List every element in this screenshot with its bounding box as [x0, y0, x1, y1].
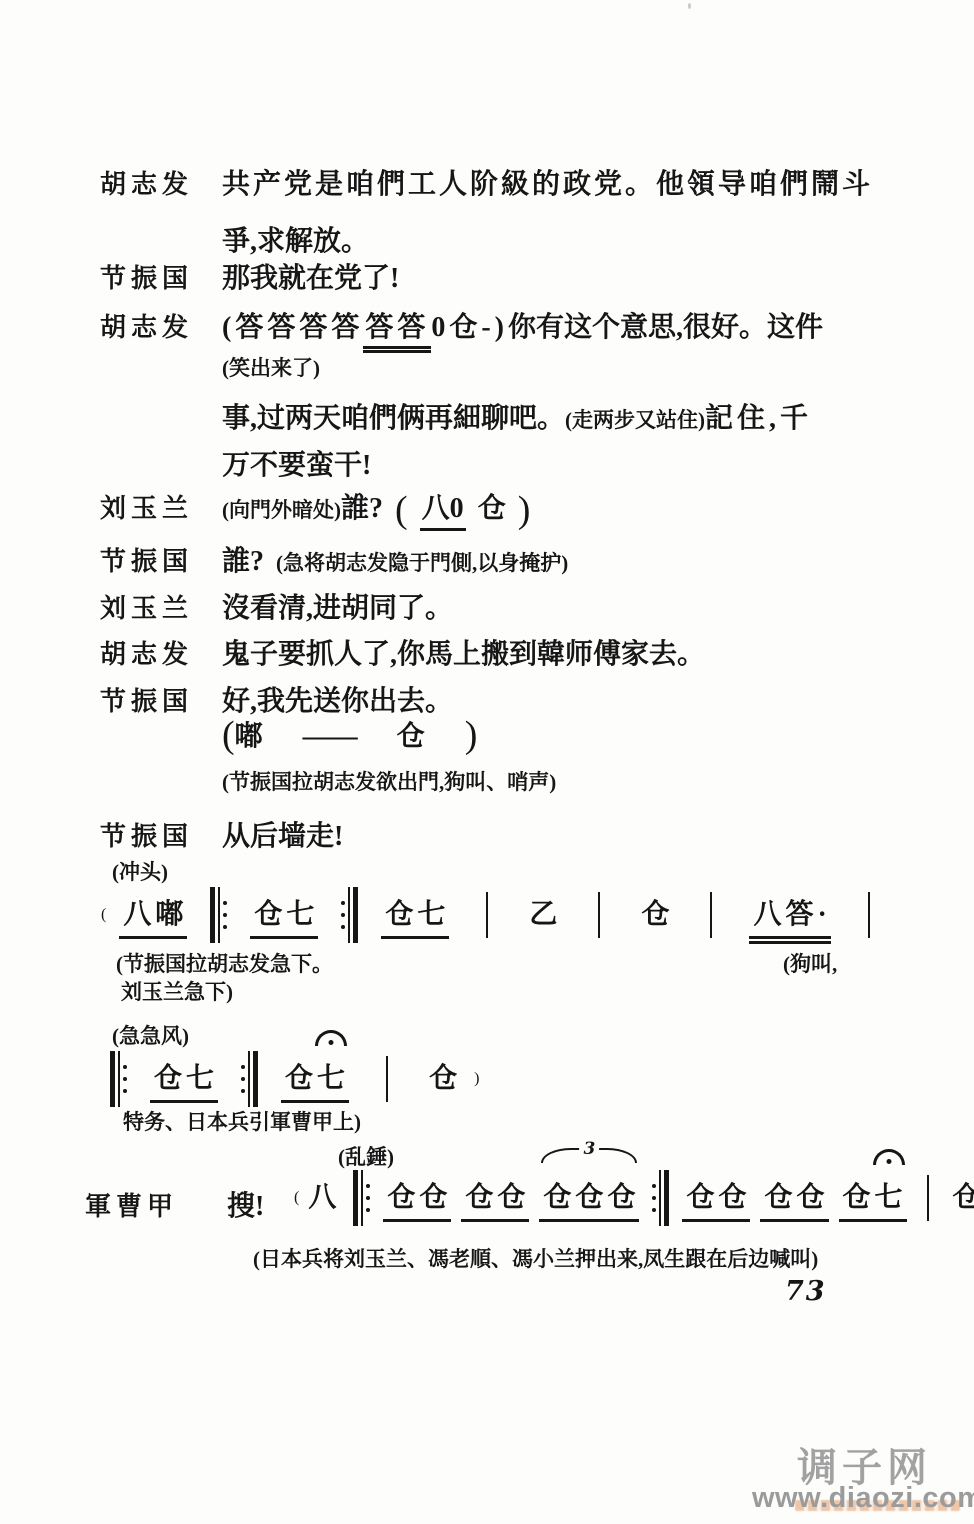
notation-note: 仓	[425, 1056, 461, 1103]
notation-char: 七	[873, 1175, 905, 1215]
open-paren: (	[101, 906, 106, 924]
page-number: 73	[785, 1276, 827, 1307]
stage-direction: (向門外暗处)	[222, 494, 341, 524]
dialogue-row: 鬼子要抓人了,你馬上搬到韓师傅家去。	[222, 632, 705, 672]
notation-note: 仓仓	[682, 1175, 750, 1222]
onomatopoeia-text: 0仓-)	[431, 305, 508, 345]
notation-char: 仓	[383, 892, 415, 932]
percussion-line-jijifeng: 仓七仓七仓)	[100, 1044, 479, 1114]
repeat-begin-sign	[110, 1051, 127, 1107]
notation-char: 仓	[951, 1175, 974, 1215]
close-paren: )	[518, 491, 531, 529]
notation-note: 乙	[525, 892, 561, 939]
dialogue-row: 万不要蛮干!	[222, 443, 371, 483]
notation-char: 七	[284, 892, 316, 932]
notation-note: 仓仓	[760, 1175, 828, 1222]
dialogue-text: 从后墙走!	[222, 814, 343, 854]
fermata-icon	[315, 1030, 347, 1046]
open-paren: (	[294, 1189, 299, 1207]
notation-char: 仓	[541, 1175, 573, 1215]
speaker-name: 軍曹甲	[85, 1186, 178, 1223]
notation-char: 仓	[495, 1175, 527, 1215]
percussion-inline-underlined: 八0	[420, 486, 466, 531]
open-paren: (	[395, 491, 408, 529]
dialogue-text: 搜!	[227, 1184, 264, 1224]
percussion-inline: 仓	[478, 486, 506, 526]
notation-char: 仓	[417, 1175, 449, 1215]
notation-char: 仓	[283, 1056, 315, 1096]
repeat-end-sign	[341, 887, 358, 943]
notation-note: 仓七	[381, 892, 449, 939]
percussion-inline: 仓	[397, 714, 425, 754]
speaker-name: 节振国	[100, 541, 193, 578]
stage-direction: (日本兵将刘玉兰、馮老順、馮小兰押出来,凤生跟在后边喊叫)	[253, 1243, 818, 1273]
notation-char: 七	[415, 892, 447, 932]
onomatopoeia-text: (答答答答	[222, 305, 363, 345]
close-paren: )	[465, 716, 478, 754]
dialogue-row: ( 嘟 —— 仓 )	[222, 714, 477, 754]
stage-direction: 特务、日本兵引軍曹甲上)	[123, 1106, 361, 1136]
dialogue-row: 从后墙走!	[222, 814, 343, 854]
dialogue-row: (向門外暗处) 誰? ( 八0 仓 )	[222, 486, 530, 531]
stage-direction: (急将胡志发隐于門側,以身掩护)	[276, 547, 568, 577]
dialogue-text: 鬼子要抓人了,你馬上搬到韓师傅家去。	[222, 632, 705, 672]
repeat-begin-sign	[353, 1170, 370, 1226]
dialogue-row: 那我就在党了!	[222, 256, 399, 296]
watermark-site-url: www.diaozi.com	[752, 1482, 974, 1515]
notation-char: 乙	[527, 892, 559, 932]
notation-char: 七	[184, 1056, 216, 1096]
notation-note: 仓七	[150, 1056, 218, 1103]
repeat-end-sign	[652, 1170, 669, 1226]
notation-char: 仓	[795, 1175, 827, 1215]
dialogue-text: 万不要蛮干!	[222, 443, 371, 483]
sustain-dash: ——	[303, 721, 357, 753]
notation-char: 仓	[573, 1175, 605, 1215]
speaker-name: 胡志发	[100, 164, 193, 201]
notation-note: 仓七	[839, 1175, 907, 1222]
percussion-line-chongtou: (八嘟仓七仓七乙仓八答·	[101, 880, 894, 950]
dialogue-text: 共产党是咱們工人阶級的政党。他領导咱們鬧斗	[222, 162, 873, 202]
fermata-icon	[873, 1149, 905, 1165]
notation-char: 仓	[427, 1056, 459, 1096]
dialogue-row: (笑出来了)	[222, 352, 320, 382]
stage-direction: (节振国拉胡志发欲出門,狗叫、哨声)	[222, 766, 556, 796]
notation-char: 仓	[605, 1175, 637, 1215]
speaker-name: 刘玉兰	[100, 488, 193, 525]
notation-char: 八	[306, 1175, 338, 1215]
repeat-end-sign	[241, 1051, 258, 1107]
notation-char: 仓	[463, 1175, 495, 1215]
speaker-name: 刘玉兰	[100, 588, 193, 625]
dialogue-row: 爭,求解放。	[222, 219, 369, 259]
notation-char: 仓	[385, 1175, 417, 1215]
notation-note: 仓仓仓3	[539, 1175, 639, 1222]
scanned-opera-script-page: { "page": { "number": "73" }, "watermark…	[0, 0, 974, 1524]
speaker-name: 节振国	[100, 681, 193, 718]
notation-note: 仓	[637, 892, 673, 939]
dialogue-row: (节振国拉胡志发欲出門,狗叫、哨声)	[222, 766, 556, 796]
notation-note: 八答·	[749, 892, 830, 939]
stage-direction: (狗叫,	[783, 948, 837, 978]
percussion-line-luanchui: (八仓仓仓仓仓仓仓3仓仓仓仓仓七仓)	[294, 1163, 974, 1233]
dialogue-row: 沒看清,进胡同了。	[222, 586, 453, 626]
speaker-name: 胡志发	[100, 307, 193, 344]
notation-char: 七	[315, 1056, 347, 1096]
stage-direction: (节振国拉胡志发急下。	[116, 948, 333, 978]
notation-char: 仓	[716, 1175, 748, 1215]
notation-note: 仓七	[250, 892, 318, 939]
dialogue-text: 沒看清,进胡同了。	[222, 586, 453, 626]
notation-char: 仓	[639, 892, 671, 932]
stage-direction: 刘玉兰急下)	[121, 976, 233, 1006]
notation-char: 答	[783, 892, 815, 932]
dialogue-row: 共产党是咱們工人阶級的政党。他領导咱們鬧斗	[222, 162, 873, 202]
onomatopoeia-text-underlined: 答答	[363, 305, 431, 349]
dialogue-row: 搜!	[227, 1184, 264, 1224]
barline	[598, 892, 600, 938]
notation-note: 仓	[949, 1175, 974, 1222]
close-paren: )	[474, 1070, 479, 1088]
triplet-bracket: 3	[541, 1148, 637, 1163]
notation-note: 仓仓	[461, 1175, 529, 1222]
dialogue-text: 好,我先送你出去。	[222, 679, 453, 719]
speaker-name: 节振国	[100, 258, 193, 295]
notation-char: 八	[121, 892, 153, 932]
dialogue-text: 誰?	[222, 539, 264, 579]
notation-char: 仓	[252, 892, 284, 932]
dialogue-text: 你有这个意思,很好。这件	[508, 305, 823, 345]
scan-speck	[688, 3, 691, 9]
notation-note: 仓仓	[383, 1175, 451, 1222]
notation-char: 仓	[762, 1175, 794, 1215]
notation-char: ·	[815, 899, 828, 931]
notation-note: 仓七	[281, 1056, 349, 1103]
dialogue-row: 好,我先送你出去。	[222, 679, 453, 719]
notation-char: 嘟	[153, 892, 185, 932]
notation-char: 仓	[684, 1175, 716, 1215]
dialogue-text: 那我就在党了!	[222, 256, 399, 296]
stage-direction: (走两步又站住)	[565, 404, 705, 434]
barline	[868, 892, 870, 938]
repeat-begin-sign	[210, 887, 227, 943]
dialogue-row: 事,过两天咱們俩再細聊吧。 (走两步又站住) 記住,千	[222, 396, 812, 436]
open-paren: (	[222, 716, 235, 754]
barline	[486, 892, 488, 938]
dialogue-text: 事,过两天咱們俩再細聊吧。	[222, 396, 565, 436]
barline	[710, 892, 712, 938]
barline	[386, 1056, 388, 1102]
dialogue-text: 誰?	[341, 486, 383, 526]
dialogue-row: (答答答答 答答 0仓-) 你有这个意思,很好。这件	[222, 305, 823, 349]
speaker-name: 节振国	[100, 816, 193, 853]
notation-char: 八	[751, 892, 783, 932]
barline	[927, 1175, 929, 1221]
dialogue-text: 記住,千	[705, 396, 812, 436]
dialogue-text: 爭,求解放。	[222, 219, 369, 259]
percussion-inline: 嘟	[235, 714, 263, 754]
notation-note: 八	[304, 1175, 340, 1222]
notation-note: 八嘟	[119, 892, 187, 939]
notation-char: 仓	[152, 1056, 184, 1096]
dialogue-row: 誰? (急将胡志发隐于門側,以身掩护)	[222, 539, 568, 579]
stage-direction: (笑出来了)	[222, 352, 320, 382]
speaker-name: 胡志发	[100, 634, 193, 671]
notation-char: 仓	[841, 1175, 873, 1215]
